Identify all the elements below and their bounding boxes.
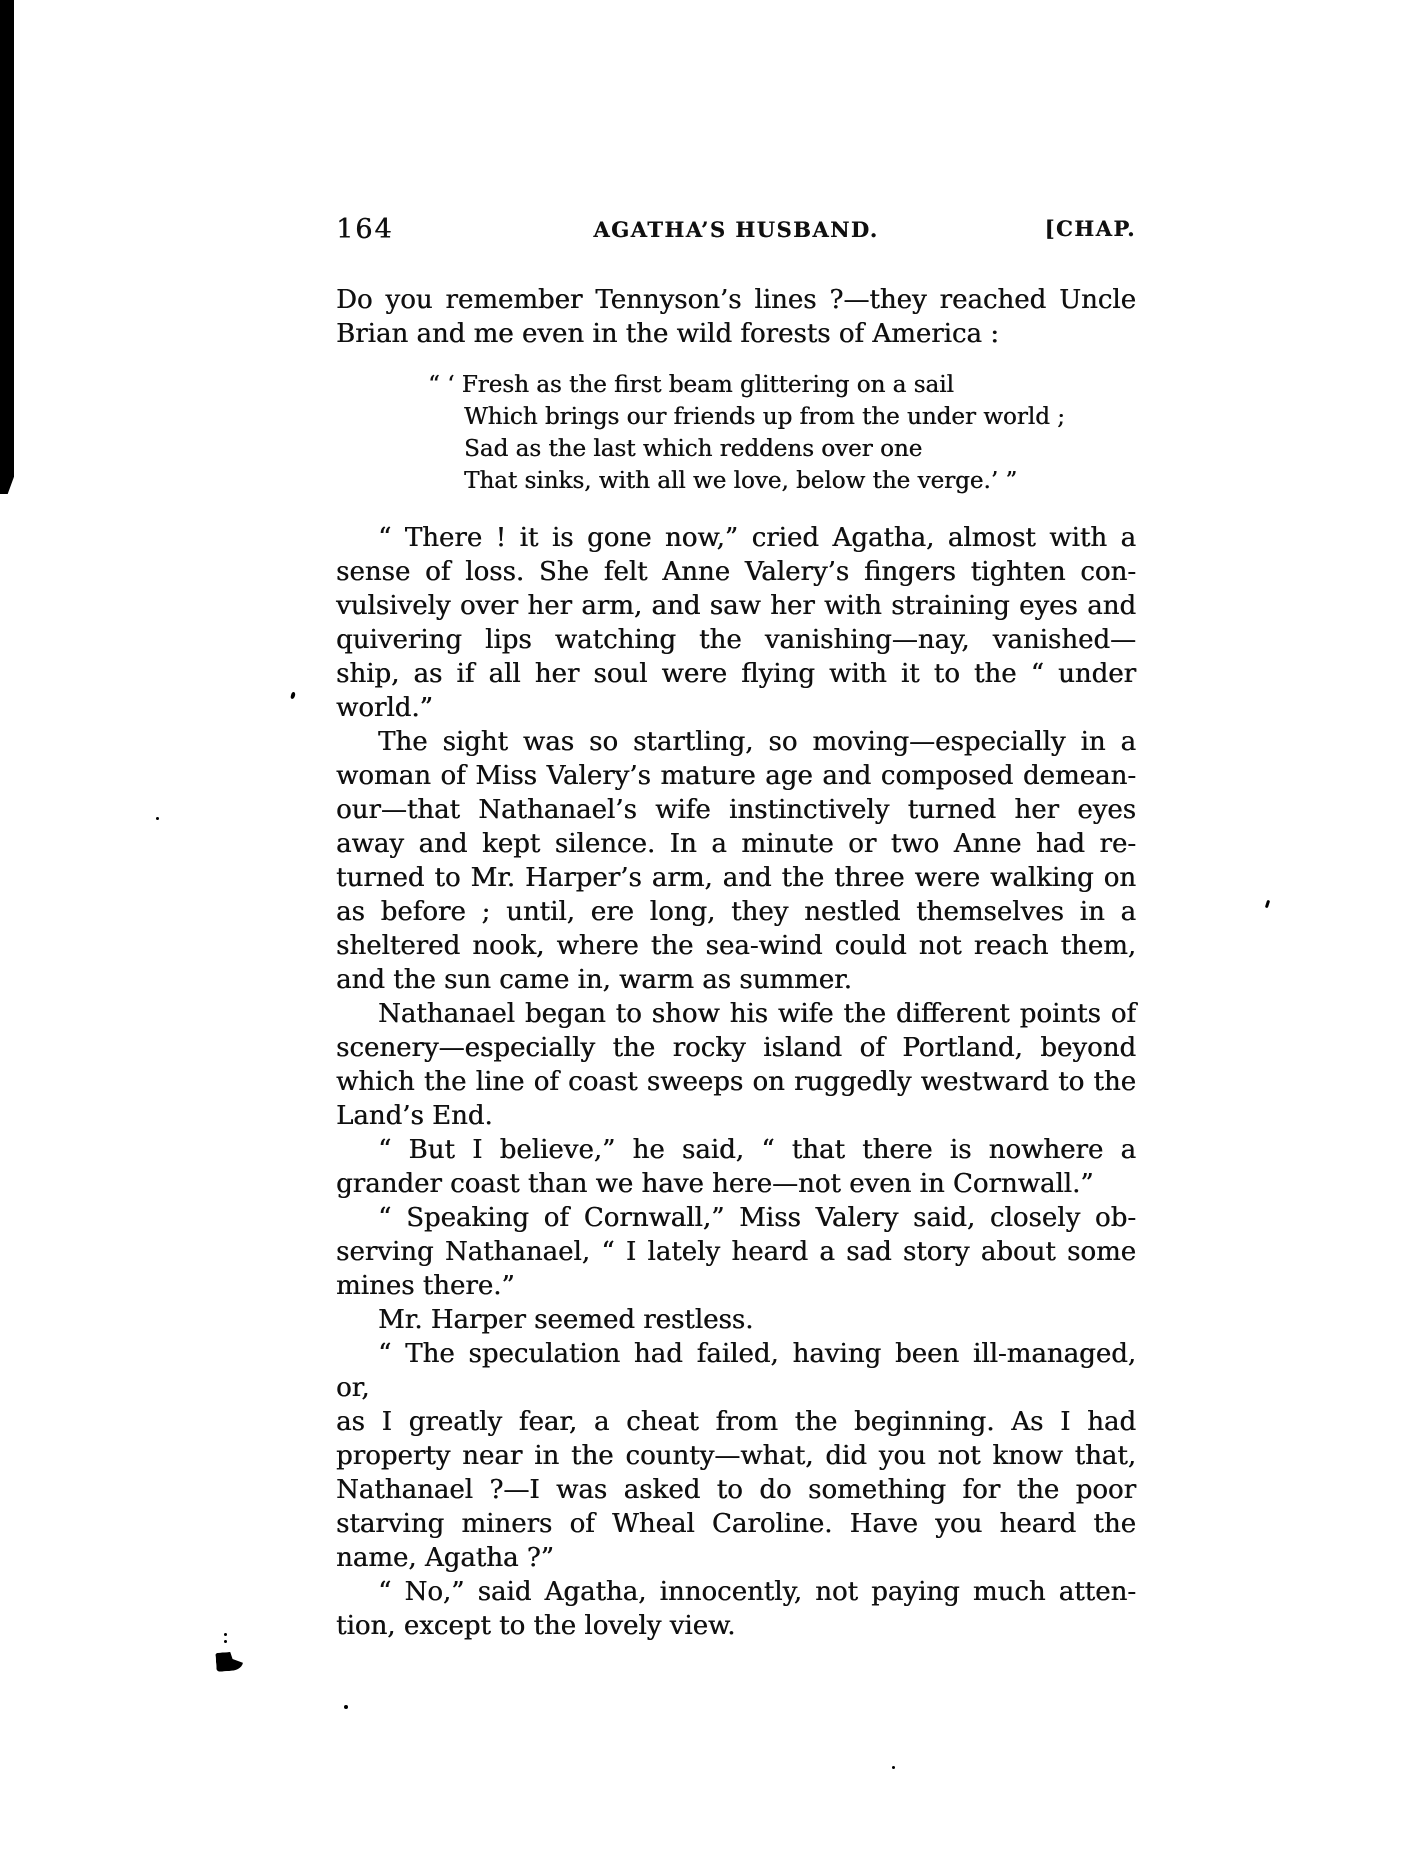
text-line: Land’s End. (336, 1099, 1136, 1133)
text-line: name, Agatha ?” (336, 1541, 1136, 1575)
text-line: woman of Miss Valery’s mature age and co… (336, 759, 1136, 793)
text-line: and the sun came in, warm as summer. (336, 963, 1136, 997)
text-line: away and kept silence. In a minute or tw… (336, 827, 1136, 861)
ink-blot (215, 1651, 243, 1672)
text-line: property near in the county—what, did yo… (336, 1439, 1136, 1473)
text-line: tion, except to the lovely view. (336, 1609, 1136, 1643)
text-line: sheltered nook, where the sea-wind could… (336, 929, 1136, 963)
paragraph: “ Speaking of Cornwall,” Miss Valery sai… (336, 1201, 1136, 1303)
text-line: Nathanael began to show his wife the dif… (336, 997, 1136, 1031)
ink-speck (892, 1766, 895, 1769)
paragraph: The sight was so startling, so moving—es… (336, 725, 1136, 997)
body-text: Do you remember Tennyson’s lines ?—they … (336, 283, 1136, 1643)
text-line: world.” (336, 691, 1136, 725)
text-line: scenery—especially the rocky island of P… (336, 1031, 1136, 1065)
text-line: Mr. Harper seemed restless. (336, 1303, 1136, 1337)
ink-speck (224, 1640, 227, 1643)
text-line: quivering lips watching the vanishing—na… (336, 623, 1136, 657)
text-line: “ ‘ Fresh as the first beam glittering o… (428, 369, 1136, 401)
paragraph: “ No,” said Agatha, innocently, not payi… (336, 1575, 1136, 1643)
text-line: grander coast than we have here—not even… (336, 1167, 1136, 1201)
text-line: That sinks, with all we love, below the … (428, 465, 1136, 497)
text-line: “ Speaking of Cornwall,” Miss Valery sai… (336, 1201, 1136, 1235)
text-line: “ But I believe,” he said, “ that there … (336, 1133, 1136, 1167)
text-line: as before ; until, ere long, they nestle… (336, 895, 1136, 929)
text-line: “ No,” said Agatha, innocently, not payi… (336, 1575, 1136, 1609)
ink-speck (156, 817, 159, 820)
paragraph: “ But I believe,” he said, “ that there … (336, 1133, 1136, 1201)
text-line: serving Nathanael, “ I lately heard a sa… (336, 1235, 1136, 1269)
text-line: turned to Mr. Harper’s arm, and the thre… (336, 861, 1136, 895)
page-header: 164 AGATHA’S HUSBAND. [CHAP. (336, 214, 1136, 248)
text-line: “ There ! it is gone now,” cried Agatha,… (336, 521, 1136, 555)
text-line: The sight was so startling, so moving—es… (336, 725, 1136, 759)
ink-speck (1265, 900, 1270, 909)
ink-speck (224, 1633, 227, 1636)
text-line: Nathanael ?—I was asked to do something … (336, 1473, 1136, 1507)
scan-edge-artifact (0, 0, 14, 494)
text-line: Do you remember Tennyson’s lines ?—they … (336, 283, 1136, 317)
text-line: vulsively over her arm, and saw her with… (336, 589, 1136, 623)
paragraph: “ There ! it is gone now,” cried Agatha,… (336, 521, 1136, 725)
running-title: AGATHA’S HUSBAND. (336, 217, 1136, 242)
text-line: Brian and me even in the wild forests of… (336, 317, 1136, 351)
text-line: as I greatly fear, a cheat from the begi… (336, 1405, 1136, 1439)
text-line: our—that Nathanael’s wife instinctively … (336, 793, 1136, 827)
paragraph: “ The speculation had failed, having bee… (336, 1337, 1136, 1575)
text-line: Which brings our friends up from the und… (428, 401, 1136, 433)
text-line: mines there.” (336, 1269, 1136, 1303)
text-line: “ The speculation had failed, having bee… (336, 1337, 1136, 1405)
text-line: Sad as the last which reddens over one (428, 433, 1136, 465)
ink-speck (344, 1705, 348, 1709)
ink-speck (290, 692, 296, 700)
text-line: which the line of coast sweeps on rugged… (336, 1065, 1136, 1099)
poem: “ ‘ Fresh as the first beam glittering o… (336, 369, 1136, 497)
book-page: 164 AGATHA’S HUSBAND. [CHAP. Do you reme… (0, 0, 1401, 1851)
chapter-marker: [CHAP. (1045, 216, 1136, 241)
text-line: starving miners of Wheal Caroline. Have … (336, 1507, 1136, 1541)
text-line: sense of loss. She felt Anne Valery’s fi… (336, 555, 1136, 589)
paragraph: Do you remember Tennyson’s lines ?—they … (336, 283, 1136, 351)
paragraph: Mr. Harper seemed restless. (336, 1303, 1136, 1337)
paragraph: Nathanael began to show his wife the dif… (336, 997, 1136, 1133)
text-line: ship, as if all her soul were flying wit… (336, 657, 1136, 691)
